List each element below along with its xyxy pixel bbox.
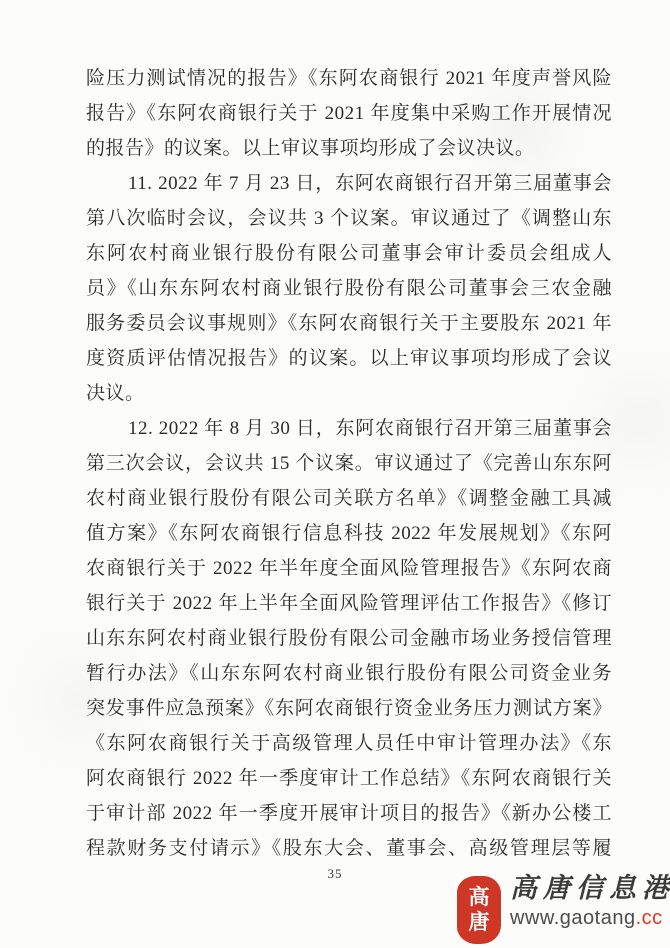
text-line: 12. 2022 年 8 月 30 日，东阿农商银行召开第三届董事会	[86, 411, 612, 446]
text-line: 第三次会议，会议共 15 个议案。审议通过了《完善山东东阿	[86, 446, 612, 481]
seal-char-top: 高	[469, 885, 490, 910]
text-line: 农商银行关于 2022 年半年度全面风险管理报告》《东阿农商	[86, 551, 612, 586]
text-line: 员》《山东东阿农村商业银行股份有限公司董事会三农金融	[86, 271, 612, 306]
body-text: 险压力测试情况的报告》《东阿农商银行 2021 年度声誉风险 报告》《东阿农商银…	[86, 61, 612, 866]
site-url-tld: .cc	[636, 907, 663, 929]
text-line: 服务委员会议事规则》《东阿农商银行关于主要股东 2021 年	[86, 306, 612, 341]
seal-char-bottom: 唐	[469, 910, 490, 935]
text-line: 银行关于 2022 年上半年全面风险管理评估工作报告》《修订	[86, 586, 612, 621]
text-line: 值方案》《东阿农商银行信息科技 2022 年发展规划》《东阿	[86, 516, 612, 551]
text-line: 于审计部 2022 年一季度开展审计项目的报告》《新办公楼工	[86, 796, 612, 831]
watermark-text: 高唐信息港 www.gaotang.cc	[510, 871, 670, 929]
text-line: 11. 2022 年 7 月 23 日，东阿农商银行召开第三届董事会	[86, 166, 612, 201]
gaotang-seal-icon: 高 唐	[457, 876, 501, 944]
gaotang-watermark: 高 唐 高唐信息港 www.gaotang.cc	[457, 871, 670, 948]
text-line: 度资质评估情况报告》的议案。以上审议事项均形成了会议	[86, 341, 612, 376]
text-line: 山东东阿农村商业银行股份有限公司金融市场业务授信管理	[86, 621, 612, 656]
text-line: 第八次临时会议，会议共 3 个议案。审议通过了《调整山东	[86, 201, 612, 236]
text-line: 报告》《东阿农商银行关于 2021 年度集中采购工作开展情况	[86, 96, 612, 131]
text-line: 东阿农村商业银行股份有限公司董事会审计委员会组成人	[86, 236, 612, 271]
text-line: 阿农商银行 2022 年一季度审计工作总结》《东阿农商银行关	[86, 761, 612, 796]
text-line: 决议。	[86, 376, 612, 411]
text-line: 《东阿农商银行关于高级管理人员任中审计管理办法》《东	[86, 726, 612, 761]
text-line: 的报告》的议案。以上审议事项均形成了会议决议。	[86, 131, 612, 166]
text-line: 突发事件应急预案》《东阿农商银行资金业务压力测试方案》	[86, 691, 612, 726]
text-line: 农村商业银行股份有限公司关联方名单》《调整金融工具减	[86, 481, 612, 516]
text-line: 暂行办法》《山东东阿农村商业银行股份有限公司资金业务	[86, 656, 612, 691]
site-name: 高唐信息港	[510, 871, 670, 907]
text-line: 险压力测试情况的报告》《东阿农商银行 2021 年度声誉风险	[86, 61, 612, 96]
document-page: 险压力测试情况的报告》《东阿农商银行 2021 年度声誉风险 报告》《东阿农商银…	[0, 0, 670, 948]
site-url: www.gaotang.cc	[510, 907, 670, 929]
text-line: 程款财务支付请示》《股东大会、董事会、高级管理层等履	[86, 831, 612, 866]
site-url-main: www.gaotang	[510, 907, 636, 929]
